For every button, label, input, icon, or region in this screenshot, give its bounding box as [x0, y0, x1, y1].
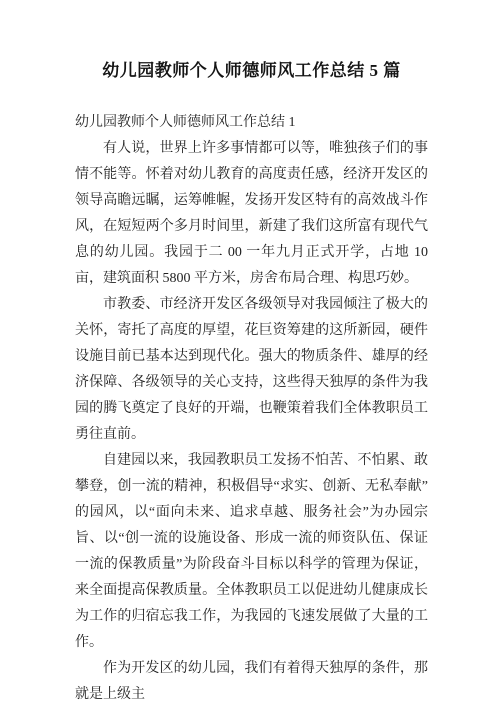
paragraph: 有人说，世界上许多事情都可以等，唯独孩子们的事情不能等。怀着对幼儿教育的高度责任… [75, 136, 428, 292]
paragraph: 作为开发区的幼儿园，我们有着得天独厚的条件，那就是上级主 [75, 656, 428, 707]
document-body: 幼儿园教师个人师德师风工作总结 1 有人说，世界上许多事情都可以等，唯独孩子们的… [75, 110, 428, 707]
paragraph: 市教委、市经济开发区各级领导对我园倾注了极大的关怀，寄托了高度的厚望，花巨资筹建… [75, 292, 428, 448]
document-title: 幼儿园教师个人师德师风工作总结 5 篇 [75, 56, 428, 86]
paragraph: 自建园以来，我园教职员工发扬不怕苦、不怕累、敢攀登，创一流的精神，积极倡导“求实… [75, 448, 428, 656]
paragraph-list: 有人说，世界上许多事情都可以等，唯独孩子们的事情不能等。怀着对幼儿教育的高度责任… [75, 136, 428, 707]
section-heading: 幼儿园教师个人师德师风工作总结 1 [75, 110, 428, 136]
document-page: 幼儿园教师个人师德师风工作总结 5 篇 幼儿园教师个人师德师风工作总结 1 有人… [0, 0, 500, 707]
